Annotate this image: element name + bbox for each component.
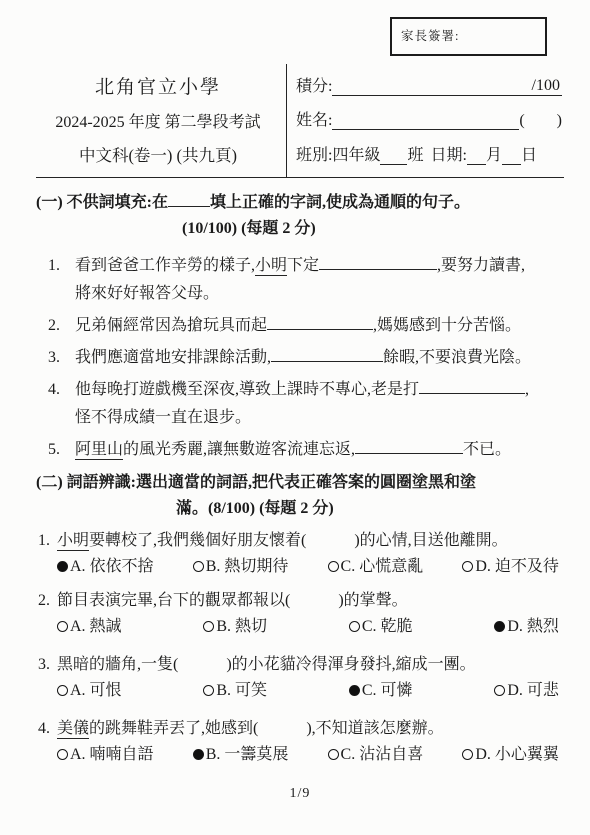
fill-in-blank[interactable]: [271, 346, 383, 362]
answer-bubble[interactable]: [193, 561, 204, 572]
class-date-row: 班別: 四年級 班 日期: 月 日: [296, 142, 562, 165]
option-label: D. 熱烈: [507, 618, 559, 635]
option-label: C. 沾沾自喜: [341, 746, 424, 763]
question-item-s2-1: 1.小明要轉校了,我們幾個好朋友懷着( )的心情,目送他離開。 A. 依依不捨B…: [36, 528, 564, 580]
answer-bubble-filled[interactable]: [193, 749, 204, 760]
name-label: 姓名:: [296, 107, 332, 130]
option-label: B. 一籌莫展: [206, 746, 289, 763]
question-stem: 節目表演完畢,台下的觀眾都報以( )的掌聲。: [57, 592, 408, 609]
question-number: 2.: [48, 312, 60, 340]
name-fill-blank[interactable]: [332, 129, 519, 130]
question-stem: 小明要轉校了,我們幾個好朋友懷着( )的心情,目送他離開。: [57, 532, 508, 551]
question-item-s1-2: 2.兄弟倆經常因為搶玩具而起,媽媽感到十分苦惱。: [36, 312, 564, 340]
day-fill-blank[interactable]: [502, 148, 521, 165]
fill-in-blank[interactable]: [355, 438, 463, 454]
school-name: 北角官立小學: [36, 72, 280, 99]
fill-in-blank[interactable]: [419, 378, 525, 394]
score-row: 積分: /100: [296, 73, 562, 96]
answer-bubble[interactable]: [462, 749, 473, 760]
exam-term: 2024-2025 年度 第二學段考試: [36, 109, 280, 132]
mcq-option[interactable]: D. 迫不及待: [462, 554, 559, 580]
answer-bubble[interactable]: [57, 621, 68, 632]
answer-bubble[interactable]: [203, 685, 214, 696]
mcq-option[interactable]: A. 可恨: [57, 678, 122, 704]
month-suffix: 月: [486, 142, 502, 165]
option-label: C. 乾脆: [362, 618, 413, 635]
question-item-s2-3: 3.黑暗的牆角,一隻( )的小花貓冷得渾身發抖,縮成一團。 A. 可恨B. 可笑…: [36, 652, 564, 704]
answer-bubble[interactable]: [462, 561, 473, 572]
answer-bubble-filled[interactable]: [57, 561, 68, 572]
option-label: B. 熱切期待: [206, 558, 289, 575]
option-label: D. 可悲: [507, 682, 559, 699]
mcq-option[interactable]: C. 沾沾自喜: [328, 742, 424, 768]
mcq-option[interactable]: A. 喃喃自語: [57, 742, 154, 768]
date-label: 日期:: [430, 142, 466, 165]
mcq-option[interactable]: A. 依依不捨: [57, 554, 154, 580]
answer-bubble[interactable]: [328, 561, 339, 572]
text-run: 的風光秀麗,讓無數遊客流連忘返,: [123, 441, 355, 458]
text-run: 填上正確的字詞,使成為通順的句子。: [210, 194, 470, 211]
text-run: 節目表演完畢,台下的觀眾都報以( )的掌聲。: [57, 592, 408, 609]
answer-bubble[interactable]: [57, 685, 68, 696]
text-run: (一) 不供詞填充:在: [36, 194, 168, 211]
question-text: 看到爸爸工作辛勞的樣子,小明下定,要努力讀書, 將來好好報答父母。: [75, 257, 525, 302]
score-fill-blank[interactable]: /100: [332, 77, 562, 96]
question-item-s1-3: 3.我們應適當地安排課餘活動,餘暇,不要浪費光陰。: [36, 344, 564, 372]
option-label: A. 熱誠: [70, 618, 122, 635]
question-number: 3.: [48, 344, 60, 372]
fill-in-blank[interactable]: [319, 254, 437, 270]
mcq-option[interactable]: B. 熱切期待: [193, 554, 289, 580]
exam-subject: 中文科(卷一) (共九頁): [36, 142, 280, 166]
mcq-option[interactable]: C. 心慌意亂: [328, 554, 424, 580]
mcq-option[interactable]: D. 小心翼翼: [462, 742, 559, 768]
text-run: 的跳舞鞋弄丟了,她感到( ),不知道該怎麼辦。: [89, 720, 444, 737]
answer-bubble-filled[interactable]: [494, 621, 505, 632]
text-run: 下定: [287, 257, 319, 274]
option-label: D. 小心翼翼: [475, 746, 559, 763]
underlined-name: 小明: [57, 532, 89, 551]
question-number: 4.: [48, 376, 60, 404]
section1-questions: 1.看到爸爸工作辛勞的樣子,小明下定,要努力讀書, 將來好好報答父母。 2.兄弟…: [36, 252, 564, 464]
text-run: 要轉校了,我們幾個好朋友懷着( )的心情,目送他離開。: [89, 532, 508, 549]
class-fill-blank[interactable]: [380, 148, 407, 165]
parent-signature-box[interactable]: 家長簽署:: [390, 17, 547, 56]
exam-body: (一) 不供詞填充:在填上正確的字詞,使成為通順的句子。 (10/100) (每…: [36, 190, 564, 808]
name-row: 姓名: ( ): [296, 107, 562, 130]
underlined-name: 美儀: [57, 720, 89, 739]
score-total: /100: [532, 77, 560, 94]
question-number: 2.: [38, 588, 50, 614]
section2: (二) 詞語辨識:選出適當的詞語,把代表正確答案的圓圈塗黑和塗 滿。(8/100…: [36, 470, 564, 768]
question-stem: 黑暗的牆角,一隻( )的小花貓冷得渾身發抖,縮成一團。: [57, 656, 476, 673]
text-run: 他每晚打遊戲機至深夜,導致上課時不專心,老是打: [75, 381, 419, 398]
section2-heading-line2: 滿。(8/100) (每題 2 分): [176, 496, 564, 522]
mcq-options-row: A. 熱誠B. 熱切C. 乾脆D. 熱烈: [57, 614, 559, 640]
mcq-option[interactable]: D. 熱烈: [494, 614, 559, 640]
question-item-s2-4: 4.美儀的跳舞鞋弄丟了,她感到( ),不知道該怎麼辦。 A. 喃喃自語B. 一籌…: [36, 716, 564, 768]
question-text: 他每晚打遊戲機至深夜,導致上課時不專心,老是打, 怪不得成績一直在退步。: [75, 381, 529, 426]
answer-bubble[interactable]: [328, 749, 339, 760]
exam-header: 北角官立小學 2024-2025 年度 第二學段考試 中文科(卷一) (共九頁)…: [36, 64, 564, 178]
question-number: 3.: [38, 652, 50, 678]
text-run: ,媽媽感到十分苦惱。: [373, 317, 521, 334]
class-suffix: 班: [407, 142, 423, 165]
fill-in-blank[interactable]: [168, 191, 210, 207]
question-number: 5.: [48, 436, 60, 464]
answer-bubble[interactable]: [57, 749, 68, 760]
name-class-number-paren: ( ): [519, 107, 562, 130]
section1-heading: (一) 不供詞填充:在填上正確的字詞,使成為通順的句子。: [36, 190, 564, 216]
text-run: 兄弟倆經常因為搶玩具而起: [75, 317, 267, 334]
question-stem: 美儀的跳舞鞋弄丟了,她感到( ),不知道該怎麼辦。: [57, 720, 444, 739]
section1-marks: (10/100) (每題 2 分): [182, 216, 564, 242]
exam-header-left: 北角官立小學 2024-2025 年度 第二學段考試 中文科(卷一) (共九頁): [36, 64, 287, 177]
mcq-option[interactable]: C. 可憐: [349, 678, 413, 704]
fill-in-blank[interactable]: [267, 314, 373, 330]
option-label: B. 熱切: [216, 618, 267, 635]
mcq-option[interactable]: C. 乾脆: [349, 614, 413, 640]
question-number: 1.: [48, 252, 60, 280]
question-number: 1.: [38, 528, 50, 554]
question-item-s1-4: 4.他每晚打遊戲機至深夜,導致上課時不專心,老是打, 怪不得成績一直在退步。: [36, 376, 564, 432]
question-text: 兄弟倆經常因為搶玩具而起,媽媽感到十分苦惱。: [75, 317, 521, 334]
text-run: 餘暇,不要浪費光陰。: [383, 349, 531, 366]
option-label: A. 喃喃自語: [70, 746, 154, 763]
answer-bubble[interactable]: [203, 621, 214, 632]
grade-text: 四年級: [332, 142, 380, 165]
parent-signature-label: 家長簽署:: [401, 29, 459, 43]
question-item-s1-1: 1.看到爸爸工作辛勞的樣子,小明下定,要努力讀書, 將來好好報答父母。: [36, 252, 564, 308]
mcq-options-row: A. 依依不捨B. 熱切期待C. 心慌意亂D. 迫不及待: [57, 554, 559, 580]
option-label: A. 可恨: [70, 682, 122, 699]
option-label: C. 心慌意亂: [341, 558, 424, 575]
text-run: 黑暗的牆角,一隻( )的小花貓冷得渾身發抖,縮成一團。: [57, 656, 476, 673]
mcq-options-row: A. 喃喃自語B. 一籌莫展C. 沾沾自喜D. 小心翼翼: [57, 742, 559, 768]
option-label: C. 可憐: [362, 682, 413, 699]
mcq-option[interactable]: D. 可悲: [494, 678, 559, 704]
page-number: 1/9: [36, 780, 564, 808]
question-item-s2-2: 2.節目表演完畢,台下的觀眾都報以( )的掌聲。 A. 熱誠B. 熱切C. 乾脆…: [36, 588, 564, 640]
score-label: 積分:: [296, 73, 332, 96]
answer-bubble[interactable]: [349, 621, 360, 632]
underlined-name: 阿里山: [75, 441, 123, 460]
mcq-option[interactable]: B. 一籌莫展: [193, 742, 289, 768]
question-text: 我們應適當地安排課餘活動,餘暇,不要浪費光陰。: [75, 349, 531, 366]
class-label: 班別:: [296, 142, 332, 165]
question-number: 4.: [38, 716, 50, 742]
underlined-name: 小明: [255, 257, 287, 276]
answer-bubble[interactable]: [494, 685, 505, 696]
answer-bubble-filled[interactable]: [349, 685, 360, 696]
text-run: 我們應適當地安排課餘活動,: [75, 349, 271, 366]
option-label: B. 可笑: [216, 682, 267, 699]
text-run: 不已。: [463, 441, 511, 458]
question-item-s1-5: 5.阿里山的風光秀麗,讓無數遊客流連忘返,不已。: [36, 436, 564, 464]
day-suffix: 日: [521, 142, 537, 165]
option-label: A. 依依不捨: [70, 558, 154, 575]
question-text: 阿里山的風光秀麗,讓無數遊客流連忘返,不已。: [75, 441, 511, 458]
section2-heading-line1: (二) 詞語辨識:選出適當的詞語,把代表正確答案的圓圈塗黑和塗: [36, 470, 564, 496]
mcq-option[interactable]: A. 熱誠: [57, 614, 122, 640]
mcq-options-row: A. 可恨B. 可笑C. 可憐D. 可悲: [57, 678, 559, 704]
mcq-option[interactable]: B. 熱切: [203, 614, 267, 640]
mcq-option[interactable]: B. 可笑: [203, 678, 267, 704]
exam-paper-page: 家長簽署: 北角官立小學 2024-2025 年度 第二學段考試 中文科(卷一)…: [0, 0, 590, 835]
text-run: 看到爸爸工作辛勞的樣子,: [75, 257, 255, 274]
exam-header-right: 積分: /100 姓名: ( ) 班別: 四年級 班 日期: 月 日: [287, 64, 564, 177]
option-label: D. 迫不及待: [475, 558, 559, 575]
month-fill-blank[interactable]: [467, 148, 486, 165]
